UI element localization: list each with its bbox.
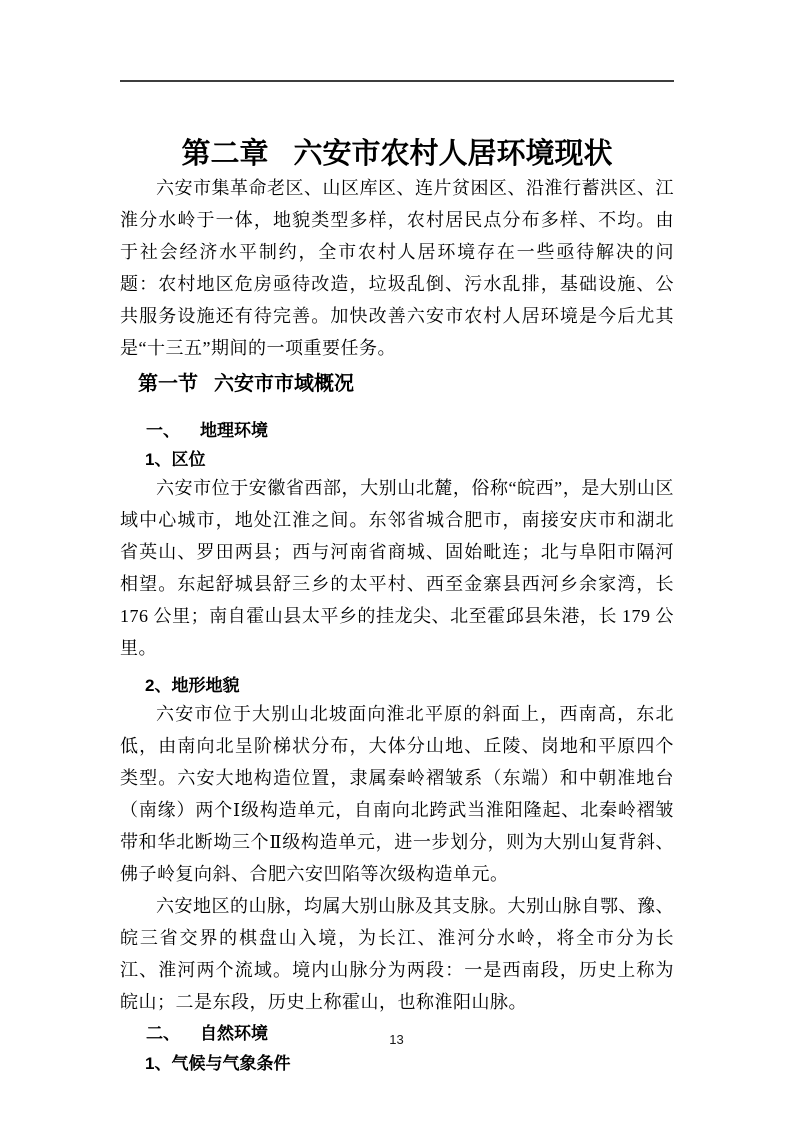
- subsection-geography-heading: 一、地理环境: [120, 419, 674, 443]
- item-climate-heading: 1、气候与气象条件: [120, 1052, 674, 1076]
- chapter-intro-paragraph: 六安市集革命老区、山区库区、连片贫困区、沿淮行蓄洪区、江淮分水岭于一体，地貌类型…: [120, 172, 674, 364]
- subsection-geography-title: 地理环境: [200, 421, 268, 440]
- page-number: 13: [0, 1032, 793, 1048]
- item-terrain-paragraph-1: 六安市位于大别山北坡面向淮北平原的斜面上，西南高，东北低，由南向北呈阶梯状分布，…: [120, 698, 674, 890]
- section1-title: 六安市市域概况: [214, 373, 354, 395]
- section1-number: 第一节: [138, 373, 198, 395]
- chapter-title: 第二章六安市农村人居环境现状: [120, 136, 674, 172]
- item-terrain-paragraph-2: 六安地区的山脉，均属大别山脉及其支脉。大别山脉自鄂、豫、皖三省交界的棋盘山入境，…: [120, 890, 674, 1018]
- item-terrain-heading: 2、地形地貌: [120, 674, 674, 698]
- header-rule: [120, 80, 674, 82]
- text-column: 第二章六安市农村人居环境现状 六安市集革命老区、山区库区、连片贫困区、沿淮行蓄洪…: [120, 80, 674, 1076]
- document-page: 第二章六安市农村人居环境现状 六安市集革命老区、山区库区、连片贫困区、沿淮行蓄洪…: [0, 0, 793, 1122]
- item-location-paragraph: 六安市位于安徽省西部，大别山北麓，俗称“皖西”，是大别山区域中心城市，地处江淮之…: [120, 472, 674, 664]
- subsection-geography-number: 一、: [146, 421, 180, 440]
- item-location-heading: 1、区位: [120, 448, 674, 472]
- chapter-number: 第二章: [181, 138, 268, 170]
- section1-heading: 第一节六安市市域概况: [120, 370, 674, 398]
- chapter-name: 六安市农村人居环境现状: [294, 138, 613, 170]
